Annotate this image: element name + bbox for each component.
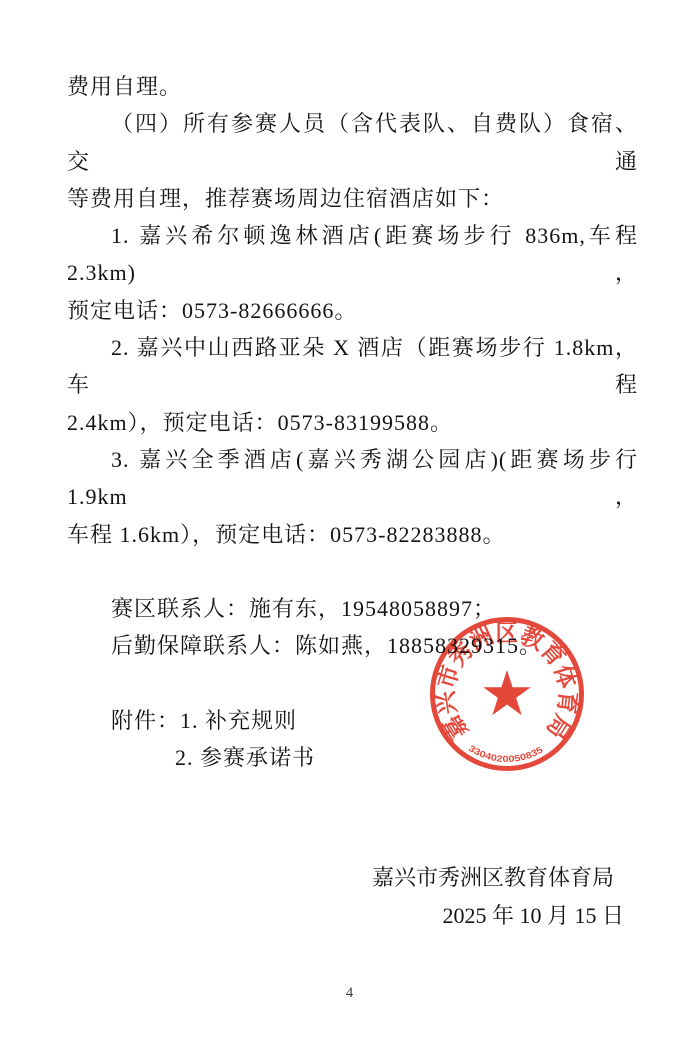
body-line: 1. 嘉兴希尔顿逸林酒店(距赛场步行 836m,车程 2.3km)， — [67, 217, 638, 292]
official-seal: 嘉兴市秀洲区教育体育局 3304020050835 — [429, 616, 585, 772]
body-line: 3. 嘉兴全季酒店(嘉兴秀湖公园店)(距赛场步行 1.9km， — [67, 441, 638, 516]
body-line: 等费用自理，推荐赛场周边住宿酒店如下： — [67, 180, 638, 217]
body-line: （四）所有参赛人员（含代表队、自费队）食宿、交通 — [67, 105, 638, 180]
signature-date: 2025 年 10 月 15 日 — [67, 897, 624, 934]
body-line: 预定电话：0573-82666666。 — [67, 292, 638, 329]
document-page: 费用自理。 （四）所有参赛人员（含代表队、自费队）食宿、交通 等费用自理，推荐赛… — [0, 0, 699, 1051]
document-content: 费用自理。 （四）所有参赛人员（含代表队、自费队）食宿、交通 等费用自理，推荐赛… — [67, 68, 638, 934]
body-line: 2.4km），预定电话：0573-83199588。 — [67, 404, 638, 441]
signature-block: 嘉兴市秀洲区教育体育局 2025 年 10 月 15 日 — [67, 859, 638, 934]
blank-line — [67, 553, 638, 590]
star-icon — [483, 670, 531, 715]
body-line: 2. 嘉兴中山西路亚朵 X 酒店（距赛场步行 1.8km，车程 — [67, 329, 638, 404]
body-line: 费用自理。 — [67, 68, 638, 105]
page-number: 4 — [0, 985, 699, 1002]
signature-org: 嘉兴市秀洲区教育体育局 — [67, 859, 614, 896]
body-line: 车程 1.6km），预定电话：0573-82283888。 — [67, 516, 638, 553]
